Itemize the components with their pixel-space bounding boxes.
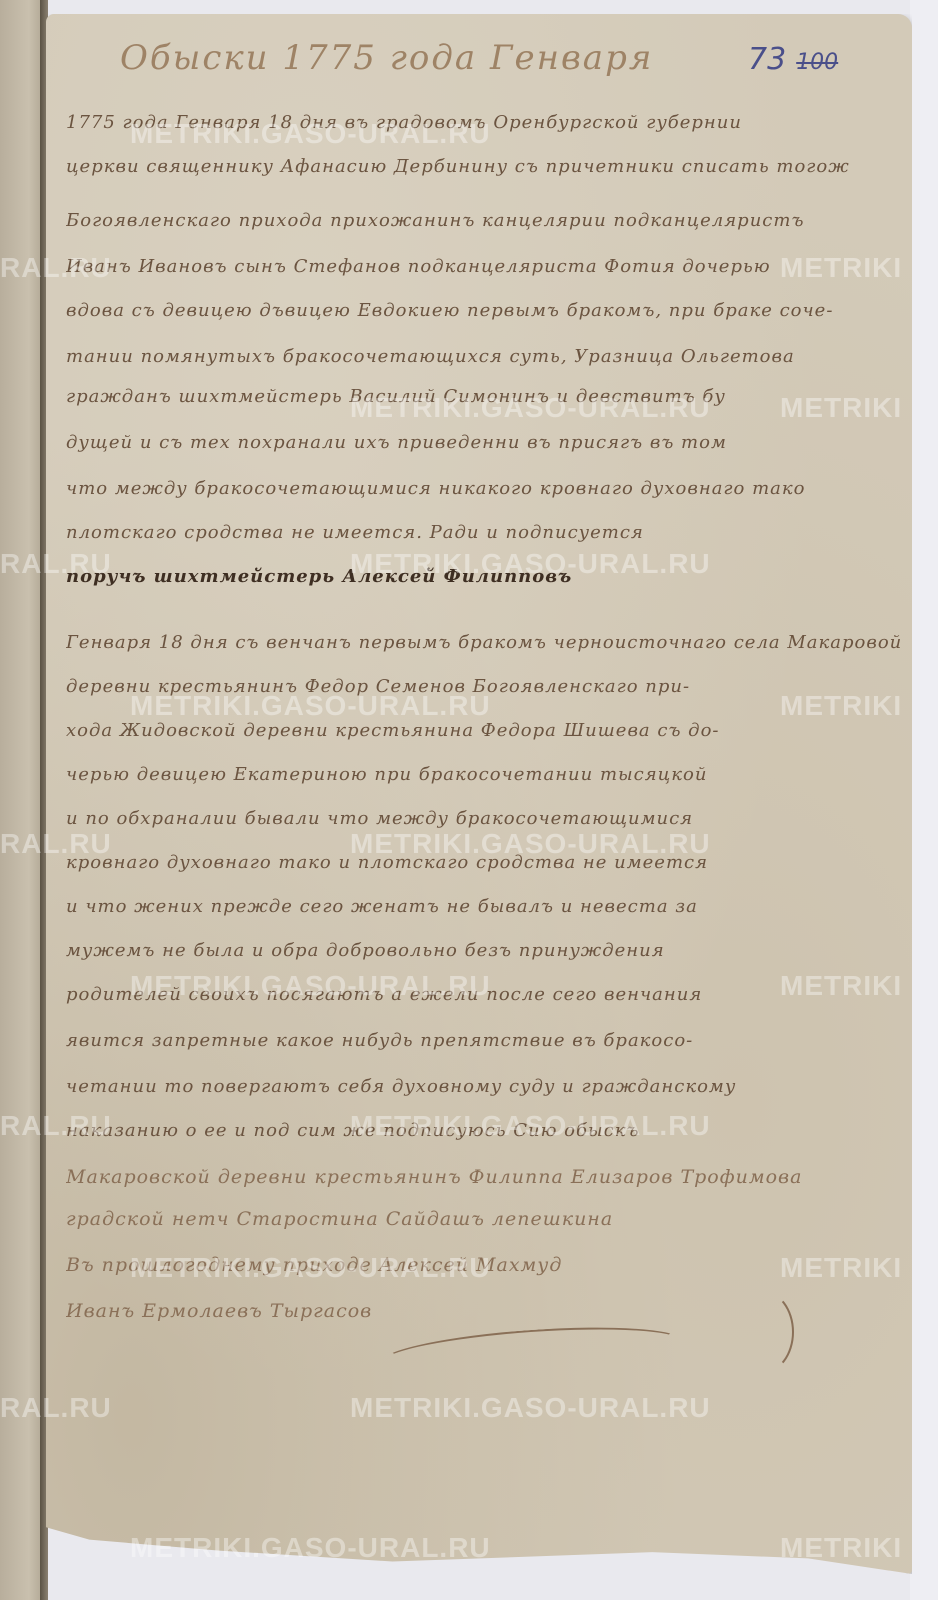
text-line: и по обхраналии бывали что между бракосо… [66,808,902,829]
text-line: плотскаго сродства не имеется. Ради и по… [66,522,902,543]
watermark: METRIKI [780,1532,902,1564]
text-line: вдова съ девицею дъвицею Евдокиею первым… [66,300,902,321]
watermark: METRIKI [780,1252,902,1284]
signature-line: градской нетч Старостина Сайдашъ лепешки… [66,1208,902,1230]
signature-flourish [730,1290,794,1374]
text-line: дущей и съ тех похранали ихъ приведенни … [66,432,902,453]
text-line: церкви священнику Афанасию Дербинину съ … [66,156,902,177]
text-line: Генваря 18 дня съ венчанъ первымъ браком… [66,632,902,653]
watermark: METRIKI.GASO-URAL.RU [350,828,711,860]
watermark: METRIKI [780,970,902,1002]
text-line: Иванъ Ивановъ сынъ Стефанов подканцеляри… [66,256,902,277]
watermark: METRIKI.GASO-URAL.RU [350,548,711,580]
watermark: RAL.RU [0,1110,112,1142]
page-title: Обыски 1775 года Генваря [120,38,653,78]
watermark: METRIKI.GASO-URAL.RU [350,1392,711,1424]
watermark: RAL.RU [0,828,112,860]
text-line: черью девицею Екатериною при бракосочета… [66,764,902,785]
signature-line: Макаровской деревни крестьянинъ Филиппа … [66,1166,902,1188]
watermark: METRIKI.GASO-URAL.RU [350,1110,711,1142]
text-line: мужемъ не была и обра добровольно безъ п… [66,940,902,961]
watermark: METRIKI.GASO-URAL.RU [130,1532,491,1564]
watermark: METRIKI.GASO-URAL.RU [130,118,491,150]
watermark: METRIKI [780,392,902,424]
text-line: и что жених прежде сего женатъ не бывалъ… [66,896,902,917]
scan-background [910,0,938,1600]
watermark: RAL.RU [0,548,112,580]
text-line: явится запретные какое нибудь препятстви… [66,1030,902,1051]
folio-current: 73 [748,42,786,77]
watermark: METRIKI [780,252,902,284]
watermark: RAL.RU [0,252,112,284]
watermark: METRIKI.GASO-URAL.RU [130,690,491,722]
watermark: METRIKI [780,690,902,722]
text-line: четании то повергаютъ себя духовному суд… [66,1076,902,1097]
text-line: хода Жидовской деревни крестьянина Федор… [66,720,902,741]
watermark: METRIKI.GASO-URAL.RU [130,970,491,1002]
watermark: METRIKI.GASO-URAL.RU [130,1252,491,1284]
text-line: тании помянутыхъ бракосочетающихся суть,… [66,346,902,367]
text-line: что между бракосочетающимися никакого кр… [66,478,902,499]
watermark: METRIKI.GASO-URAL.RU [350,392,711,424]
watermark: RAL.RU [0,1392,112,1424]
folio-struck: 100 [796,50,838,75]
folio-number: 73100 [748,42,838,77]
text-line: Богоявленскаго прихода прихожанинъ канце… [66,210,902,231]
